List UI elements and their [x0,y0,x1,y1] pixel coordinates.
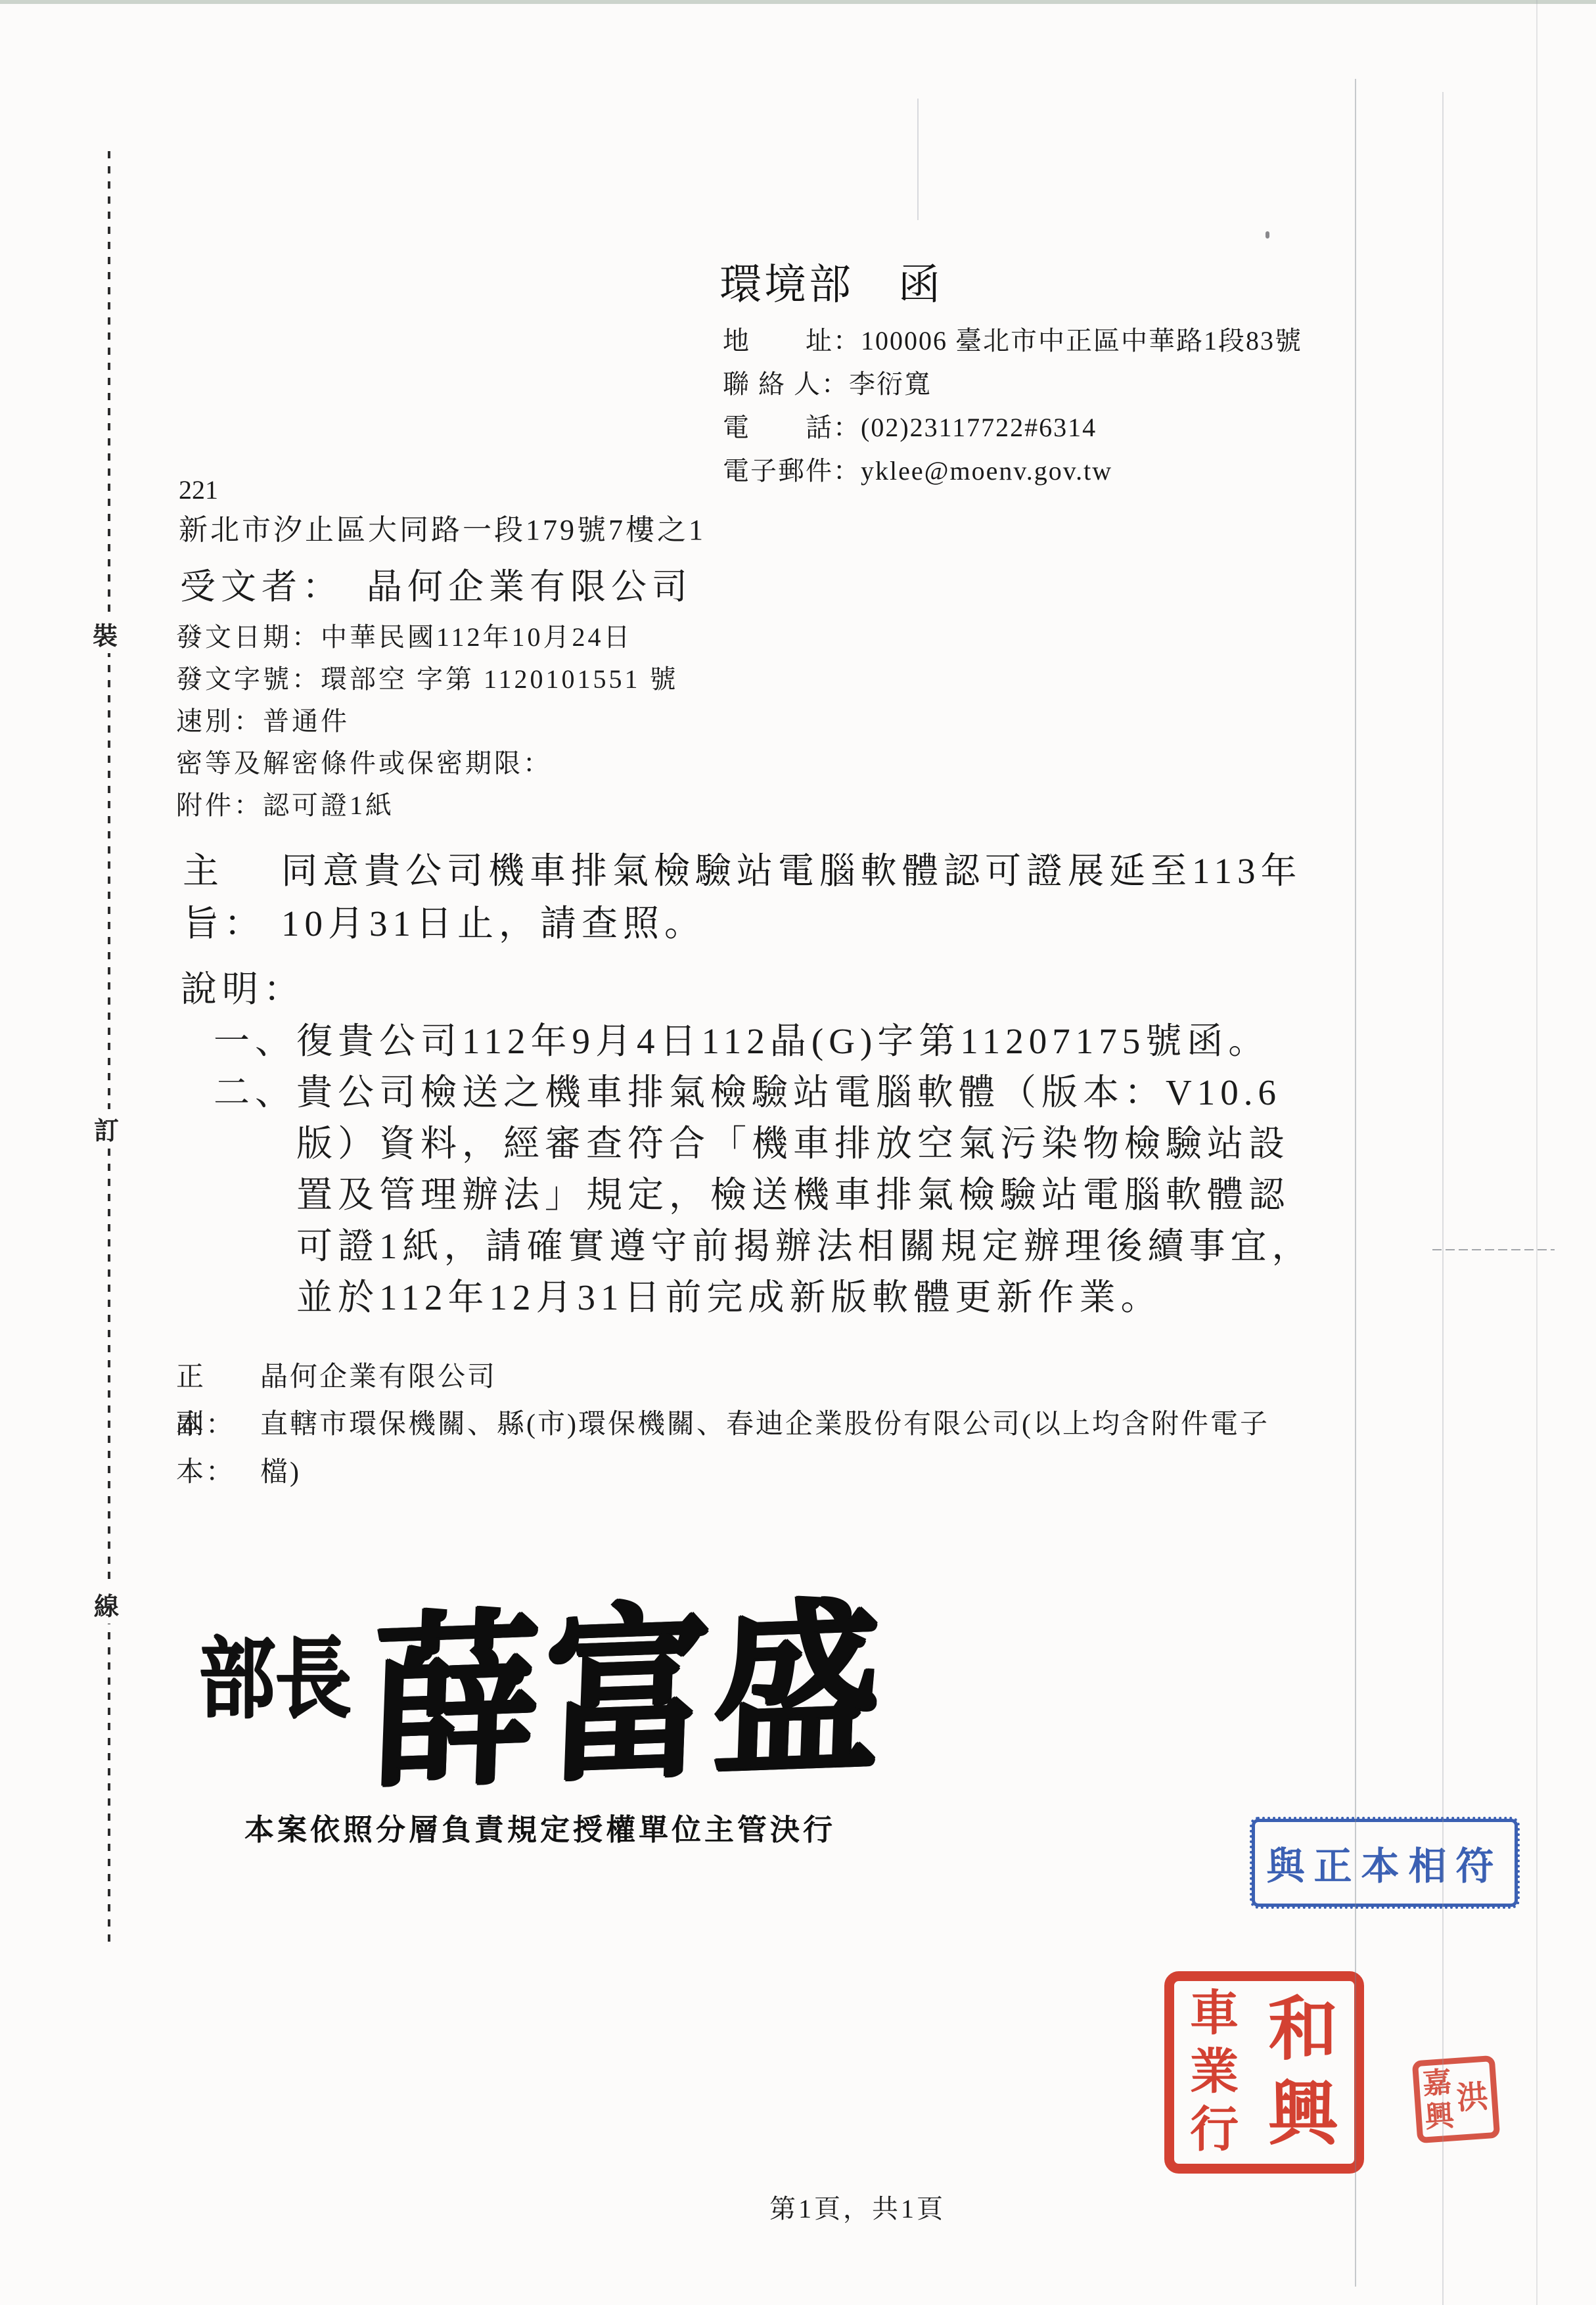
meta-line-speed: 速別：普通件 [176,700,679,742]
contact-line-email: 電子郵件：yklee@moenv.gov.tw [723,449,1302,493]
letter-title: 環境部 函 [719,251,943,311]
binding-char-zhuang: 裝 [93,614,118,653]
seal-column-right: 洪 [1455,2080,1490,2116]
explanation-items: 一、 復貴公司112年9月4日112晶(G)字第11207175號函。 二、 貴… [214,1016,1313,1323]
meta-line-security: 密等及解密條件或保密期限： [176,742,679,785]
cc-line: 檔) [260,1449,1269,1497]
item-line: 復貴公司112年9月4日112晶(G)字第11207175號函。 [296,1016,1269,1067]
cc-line: 直轄市環保機關、縣(市)環保機關、春迪企業股份有限公司(以上均含附件電子 [260,1401,1269,1449]
scan-artifact-line [1442,92,1444,2305]
scan-artifact-line [917,99,919,220]
authorization-note: 本案依照分層負責規定授權單位主管決行 [244,1806,836,1848]
personal-seal: 洪 嘉興 [1412,2055,1500,2143]
scan-artifact-dash [1432,1249,1555,1250]
seal-column-left: 車業行 [1189,1985,1240,2160]
cc-copy-line: 副本： 直轄市環保機關、縣(市)環保機關、春迪企業股份有限公司(以上均含附件電子… [176,1401,1269,1497]
explanation-heading: 說明： [181,963,305,1016]
binding-char-xian: 線 [94,1585,119,1624]
scanner-edge-band [0,0,1596,4]
meta-block: 發文日期：中華民國112年10月24日 發文字號：環部空 字第 11201015… [176,616,679,827]
recipient-name: 晶何企業有限公司 [367,567,693,606]
explanation-item-1: 一、 復貴公司112年9月4日112晶(G)字第11207175號函。 [214,1016,1313,1067]
contact-line-person: 聯 絡 人：李衍寬 [723,363,1302,406]
scan-artifact-line [1536,0,1538,2305]
recipient-label: 受文者： [180,567,343,606]
minister-title: 部長 [198,1609,351,1735]
item-number: 一、 [214,1016,296,1067]
certified-copy-stamp: 與正本相符 [1252,1819,1518,1907]
page-footer: 第1頁，共1頁 [700,2188,1015,2225]
cc-body: 直轄市環保機關、縣(市)環保機關、春迪企業股份有限公司(以上均含附件電子 檔) [260,1401,1269,1497]
meta-line-date: 發文日期：中華民國112年10月24日 [176,616,679,658]
meta-line-attachment: 附件：認可證1紙 [176,785,679,827]
item-body: 貴公司檢送之機車排氣檢驗站電腦軟體（版本：V10.6 版）資料，經審查符合「機車… [296,1067,1313,1323]
item-line: 可證1紙，請確實遵守前揭辦法相關規定辦理後續事宜， [296,1221,1313,1272]
binding-dashed-line [108,151,110,1948]
recipient-postal-code: 221 [179,474,218,505]
cc-label: 副本： [176,1401,260,1497]
recipient-line: 受文者：晶何企業有限公司 [180,559,693,609]
company-seal: 和興 車業行 [1164,1971,1364,2174]
document-page: 裝 訂 線 環境部 函 地 址：100006 臺北市中正區中華路1段83號 聯 … [0,0,1596,2305]
recipient-address: 新北市汐止區大同路一段179號7樓之1 [179,506,706,548]
seal-column-right: 和興 [1266,1988,1339,2158]
item-line: 版）資料，經審查符合「機車排放空氣污染物檢驗站設 [296,1118,1313,1170]
explanation-item-2: 二、 貴公司檢送之機車排氣檢驗站電腦軟體（版本：V10.6 版）資料，經審查符合… [214,1067,1313,1323]
subject-line: 10月31日止，請查照。 [281,898,1302,950]
subject-label: 主旨： [183,845,281,950]
minister-signature: 薛富盛 [369,1538,890,1823]
contact-line-address: 地 址：100006 臺北市中正區中華路1段83號 [723,319,1302,363]
item-line: 貴公司檢送之機車排氣檢驗站電腦軟體（版本：V10.6 [296,1067,1313,1118]
scan-artifact-dot [1265,231,1269,239]
subject-paragraph: 主旨： 同意貴公司機車排氣檢驗站電腦軟體認可證展延至113年 10月31日止，請… [183,845,1302,950]
meta-line-doc-number: 發文字號：環部空 字第 1120101551 號 [176,658,679,700]
subject-body: 同意貴公司機車排氣檢驗站電腦軟體認可證展延至113年 10月31日止，請查照。 [281,845,1302,950]
item-number: 二、 [214,1067,296,1323]
item-body: 復貴公司112年9月4日112晶(G)字第11207175號函。 [296,1016,1269,1067]
item-line: 置及管理辦法」規定，檢送機車排氣檢驗站電腦軟體認 [296,1170,1313,1221]
seal-column-left: 嘉興 [1421,2066,1455,2135]
contact-block: 地 址：100006 臺北市中正區中華路1段83號 聯 絡 人：李衍寬 電 話：… [723,319,1302,493]
contact-line-phone: 電 話：(02)23117722#6314 [723,406,1302,449]
subject-line: 同意貴公司機車排氣檢驗站電腦軟體認可證展延至113年 [281,845,1302,898]
item-line: 並於112年12月31日前完成新版軟體更新作業。 [296,1272,1313,1323]
binding-char-ding: 訂 [94,1109,119,1148]
scan-artifact-line [1355,79,1356,2287]
